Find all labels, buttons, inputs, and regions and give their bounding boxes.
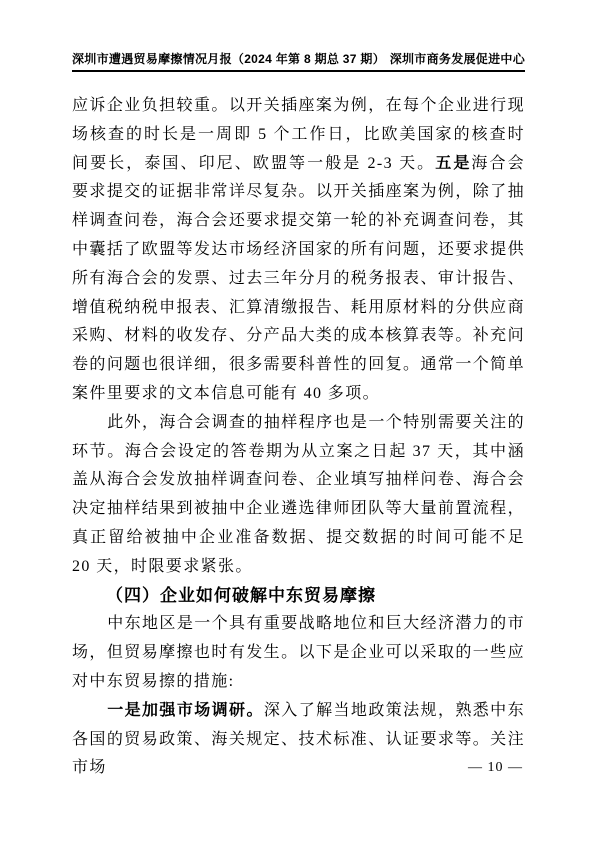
- bold-run-measure-one: 一是加强市场调研。: [107, 702, 264, 719]
- header-report-title: 深圳市遭遇贸易摩擦情况月报（2024 年第 8 期总 37 期）: [72, 50, 385, 67]
- paragraph-gcc-burden: 应诉企业负担较重。以开关插座案为例，在每个企业进行现场核查的时长是一周即 5 个…: [72, 92, 525, 409]
- page-footer: — 10 —: [468, 760, 523, 776]
- header-organization: 深圳市商务发展促进中心: [390, 50, 525, 67]
- paragraph-text: 海合会要求提交的证据非常详尽复杂。以开关插座案为例，除了抽样调查问卷，海合会还要…: [72, 155, 525, 402]
- page-header: 深圳市遭遇贸易摩擦情况月报（2024 年第 8 期总 37 期） 深圳市商务发展…: [72, 50, 525, 72]
- paragraph-sampling-procedure: 此外，海合会调查的抽样程序也是一个特别需要关注的环节。海合会设定的答卷期为从立案…: [72, 409, 525, 582]
- page-number: — 10 —: [468, 760, 523, 775]
- paragraph-middle-east-market: 中东地区是一个具有重要战略地位和巨大经济潜力的市场，但贸易摩擦也时有发生。以下是…: [72, 610, 525, 696]
- bold-run-point-five: 五是: [435, 155, 471, 172]
- document-body: 应诉企业负担较重。以开关插座案为例，在每个企业进行现场核查的时长是一周即 5 个…: [72, 92, 525, 783]
- paragraph-measure-one: 一是加强市场调研。深入了解当地政策法规，熟悉中东各国的贸易政策、海关规定、技术标…: [72, 697, 525, 783]
- section-heading-four: （四）企业如何破解中东贸易摩擦: [72, 582, 525, 611]
- document-page: 深圳市遭遇贸易摩擦情况月报（2024 年第 8 期总 37 期） 深圳市商务发展…: [0, 0, 597, 841]
